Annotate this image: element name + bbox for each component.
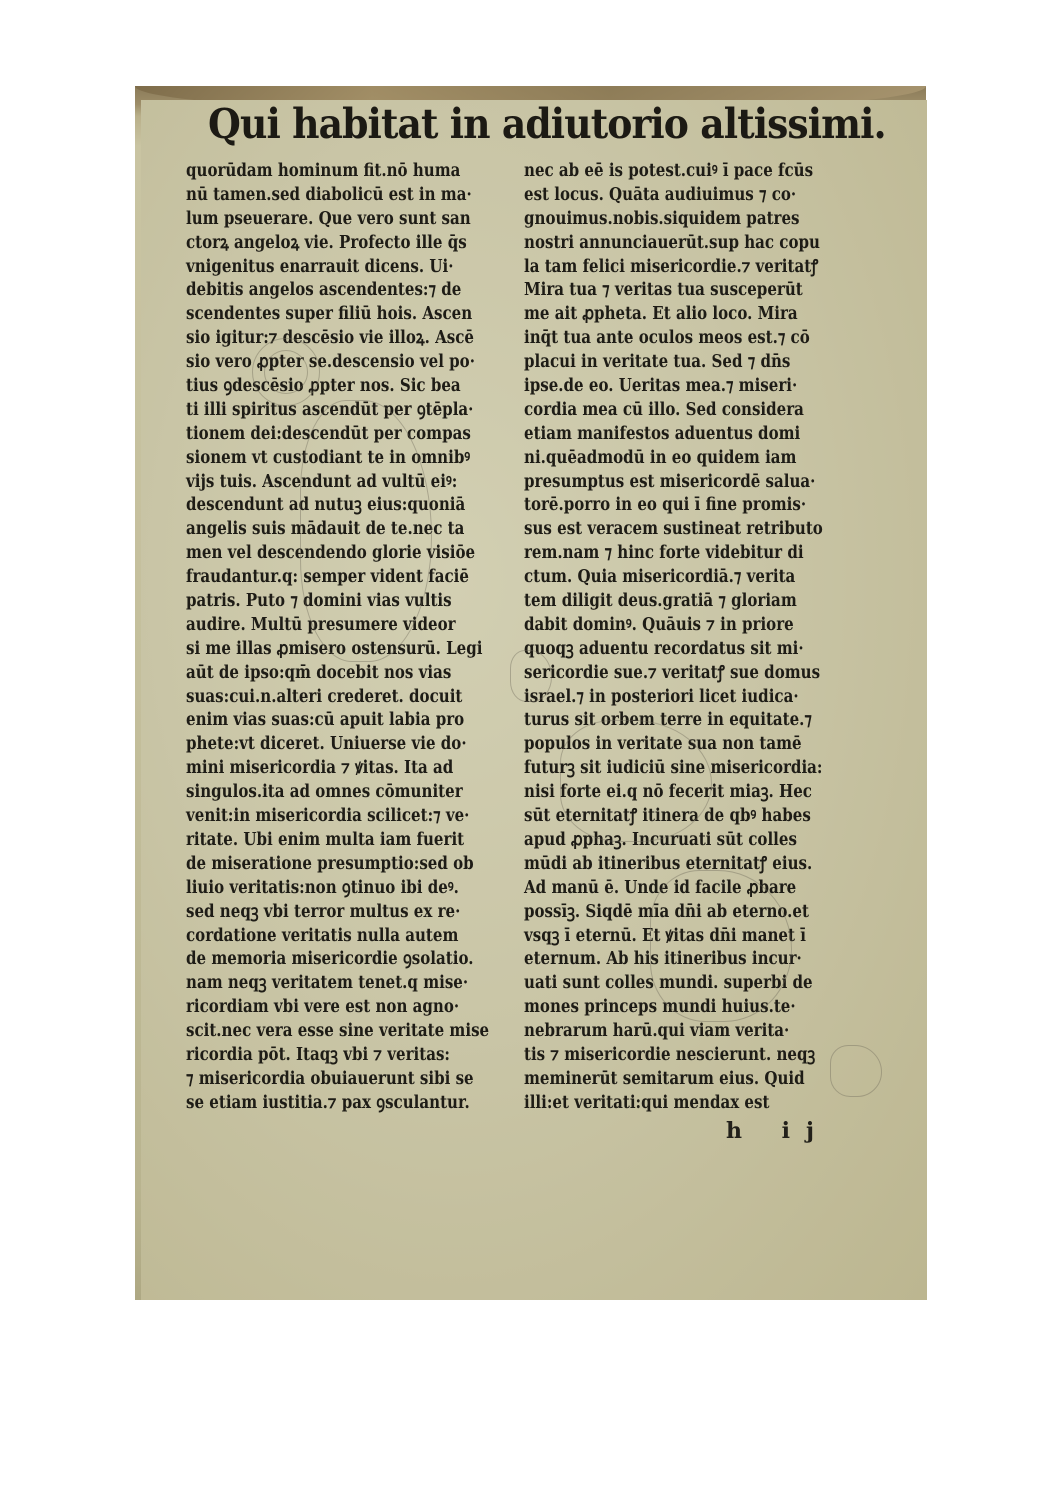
text-line: enim vias suas:cū apuit labia pro bbox=[186, 709, 470, 733]
text-line: mūdi ab itineribus eternitatꝭ eius. bbox=[524, 853, 813, 877]
show-through-mark bbox=[510, 650, 552, 702]
text-line: nostri annunciauerūt.sup hac copu bbox=[524, 232, 813, 256]
text-line: sio vero ꝓpter se.descensio vel po· bbox=[186, 351, 470, 375]
show-through-mark bbox=[830, 1045, 882, 1097]
text-line: me ait ꝓpheta. Et alio loco. Mira bbox=[524, 303, 813, 327]
text-line: venit:in misericordia scilicet:⁊ ve· bbox=[186, 805, 470, 829]
text-line: quorūdam hominum fit.nō huma bbox=[186, 160, 470, 184]
text-line: gnouimus.nobis.siquidem patres bbox=[524, 208, 813, 232]
text-line: singulos.ita ad omnes cōmuniter bbox=[186, 781, 470, 805]
text-line: sericordie sue.⁊ veritatꝭ sue domus bbox=[524, 662, 813, 686]
text-line: nū tamen.sed diabolicū est in ma· bbox=[186, 184, 470, 208]
text-line: sio igitur:⁊ descēsio vie illoꝝ. Ascē bbox=[186, 327, 470, 351]
text-line: tem diligit deus.gratiā ⁊ gloriam bbox=[524, 590, 813, 614]
text-line: israel.⁊ in posteriori licet iudica· bbox=[524, 686, 813, 710]
text-line: scendentes super filiū hois. Ascen bbox=[186, 303, 470, 327]
text-line: ni.quēadmodū in eo quidem iam bbox=[524, 447, 813, 471]
text-line: debitis angelos ascendentes:⁊ de bbox=[186, 279, 470, 303]
text-line: ritate. Ubi enim multa iam fuerit bbox=[186, 829, 470, 853]
text-line: ipse.de eo. Ueritas mea.⁊ miseri· bbox=[524, 375, 813, 399]
text-line: de memoria misericordie ꝯsolatio. bbox=[186, 948, 470, 972]
running-head: Qui habitat in adiutorio altissimi. bbox=[208, 98, 815, 150]
text-line: cordatione veritatis nulla autem bbox=[186, 925, 470, 949]
text-line: la tam felici misericordie.⁊ veritatꝭ bbox=[524, 256, 813, 280]
text-line: ctorꝝ angeloꝝ vie. Profecto ille q̄s bbox=[186, 232, 470, 256]
text-line: torē.porro in eo qui ī fine promis· bbox=[524, 494, 813, 518]
text-line: dabit dominꝰ. Quāuis ⁊ in priore bbox=[524, 614, 813, 638]
text-line: se etiam iustitia.⁊ pax ꝯsculantur. bbox=[186, 1092, 470, 1116]
text-line: de miseratione presumptio:sed ob bbox=[186, 853, 470, 877]
text-line: ricordia pōt. Itaqꝫ vbi ⁊ veritas: bbox=[186, 1044, 470, 1068]
text-line: rem.nam ⁊ hinc forte videbitur di bbox=[524, 542, 813, 566]
text-line: vnigenitus enarrauit dicens. Ui· bbox=[186, 256, 470, 280]
text-line: nec ab eē is potest.cuiꝰ ī pace fcūs bbox=[524, 160, 813, 184]
text-line: placui in veritate tua. Sed ⁊ dn̄s bbox=[524, 351, 813, 375]
text-line: est locus. Quāta audiuimus ⁊ co· bbox=[524, 184, 813, 208]
text-line: presumptus est misericordē salua· bbox=[524, 471, 813, 495]
text-line: tius ꝯdescēsio ꝓpter nos. Sic bea bbox=[186, 375, 470, 399]
text-line: scit.nec vera esse sine veritate mise bbox=[186, 1020, 470, 1044]
text-line: illi:et veritati:qui mendax est bbox=[524, 1092, 813, 1116]
signature-mark: h ij bbox=[726, 1118, 830, 1144]
show-through-mark bbox=[650, 870, 792, 1022]
text-line: ricordiam vbi vere est non agno· bbox=[186, 996, 470, 1020]
text-line: liuio veritatis:non ꝯtinuo ibi deꝰ. bbox=[186, 877, 470, 901]
text-line: nam neqꝫ veritatem tenet.q mise· bbox=[186, 972, 470, 996]
show-through-mark bbox=[560, 720, 712, 842]
text-line: cordia mea cū illo. Sed considera bbox=[524, 399, 813, 423]
text-line: sus est veracem sustineat retributo bbox=[524, 518, 813, 542]
text-line: mini misericordia ⁊ ꝟitas. Ita ad bbox=[186, 757, 470, 781]
text-line: ⁊ misericordia obuiauerunt sibi se bbox=[186, 1068, 470, 1092]
text-line: meminerūt semitarum eius. Quid bbox=[524, 1068, 813, 1092]
text-line: nebrarum harū.qui viam verita· bbox=[524, 1020, 813, 1044]
text-line: suas:cui.n.alteri crederet. docuit bbox=[186, 686, 470, 710]
text-line: phete:vt diceret. Uniuerse vie do· bbox=[186, 733, 470, 757]
text-line: inq̄t tua ante oculos meos est.⁊ cō bbox=[524, 327, 813, 351]
stamp-mark bbox=[264, 350, 308, 394]
text-line: etiam manifestos aduentus domi bbox=[524, 423, 813, 447]
text-line: tis ⁊ misericordie nescierunt. neqꝫ bbox=[524, 1044, 813, 1068]
text-line: lum pseuerare. Que vero sunt san bbox=[186, 208, 470, 232]
text-line: ctum. Quia misericordiā.⁊ verita bbox=[524, 566, 813, 590]
text-line: Mira tua ⁊ veritas tua susceperūt bbox=[524, 279, 813, 303]
text-line: quoqꝫ aduentu recordatus sit mi· bbox=[524, 638, 813, 662]
text-line: sed neqꝫ vbi terror multus ex re· bbox=[186, 901, 470, 925]
text-line: aūt de ipso:qm̄ docebit nos vias bbox=[186, 662, 470, 686]
